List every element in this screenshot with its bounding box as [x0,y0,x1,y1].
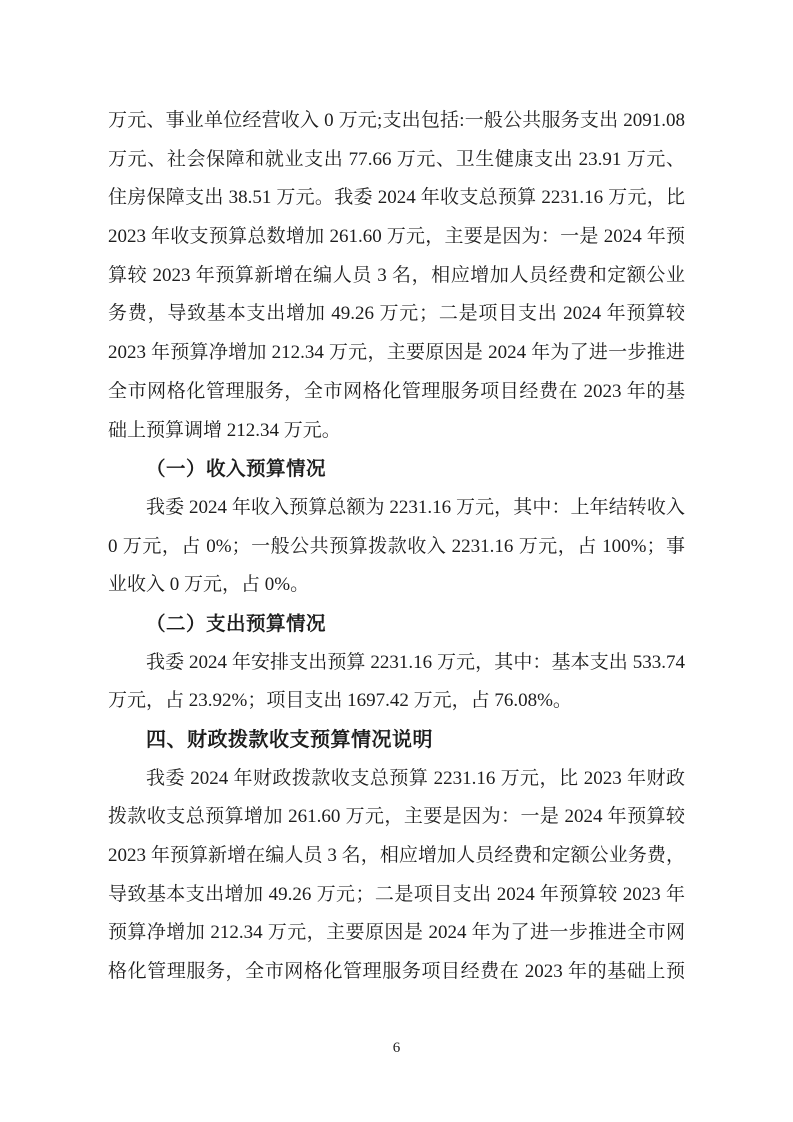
heading-income-budget: （一）收入预算情况 [108,450,685,489]
text-line: 住房保障支出 38.51 万元。我委 2024 年收支总预算 2231.16 万… [108,179,685,218]
text-line: 我委 2024 年安排支出预算 2231.16 万元，其中：基本支出 533.7… [108,644,685,683]
text-line: 万元，占 23.92%；项目支出 1697.42 万元，占 76.08%。 [108,682,685,721]
text-line: 2023 年预算净增加 212.34 万元，主要原因是 2024 年为了进一步推… [108,334,685,373]
text-line: 务费，导致基本支出增加 49.26 万元；二是项目支出 2024 年预算较 [108,295,685,334]
paragraph-fiscal-appropriation: 我委 2024 年财政拨款收支总预算 2231.16 万元，比 2023 年财政… [108,760,685,992]
paragraph-income-budget: 我委 2024 年收入预算总额为 2231.16 万元，其中：上年结转收入0 万… [108,489,685,605]
text-line: 2023 年预算新增在编人员 3 名，相应增加人员经费和定额公业务费， [108,837,685,876]
heading-fiscal-appropriation-section: 四、财政拨款收支预算情况说明 [108,721,685,760]
text-line: 础上预算调增 212.34 万元。 [108,412,685,451]
heading-line: （二）支出预算情况 [108,605,685,644]
text-line: 拨款收支总预算增加 261.60 万元，主要是因为：一是 2024 年预算较 [108,798,685,837]
paragraph-expenditure-budget: 我委 2024 年安排支出预算 2231.16 万元，其中：基本支出 533.7… [108,644,685,721]
text-line: 算较 2023 年预算新增在编人员 3 名，相应增加人员经费和定额公业 [108,257,685,296]
heading-line: （一）收入预算情况 [108,450,685,489]
text-line: 格化管理服务，全市网格化管理服务项目经费在 2023 年的基础上预 [108,953,685,992]
text-line: 导致基本支出增加 49.26 万元；二是项目支出 2024 年预算较 2023 … [108,876,685,915]
text-line: 万元、事业单位经营收入 0 万元;支出包括:一般公共服务支出 2091.08 [108,102,685,141]
heading-expenditure-budget: （二）支出预算情况 [108,605,685,644]
text-line: 全市网格化管理服务，全市网格化管理服务项目经费在 2023 年的基 [108,373,685,412]
text-line: 业收入 0 万元，占 0%。 [108,566,685,605]
document-page: 万元、事业单位经营收入 0 万元;支出包括:一般公共服务支出 2091.08万元… [0,0,793,1122]
heading-line: 四、财政拨款收支预算情况说明 [108,721,685,760]
paragraph-budget-overview-continued: 万元、事业单位经营收入 0 万元;支出包括:一般公共服务支出 2091.08万元… [108,102,685,450]
text-line: 我委 2024 年财政拨款收支总预算 2231.16 万元，比 2023 年财政 [108,760,685,799]
text-line: 预算净增加 212.34 万元，主要原因是 2024 年为了进一步推进全市网 [108,914,685,953]
text-line: 万元、社会保障和就业支出 77.66 万元、卫生健康支出 23.91 万元、 [108,141,685,180]
document-content: 万元、事业单位经营收入 0 万元;支出包括:一般公共服务支出 2091.08万元… [108,102,685,992]
text-line: 2023 年收支预算总数增加 261.60 万元，主要是因为：一是 2024 年… [108,218,685,257]
page-number: 6 [0,1036,793,1060]
text-line: 我委 2024 年收入预算总额为 2231.16 万元，其中：上年结转收入 [108,489,685,528]
text-line: 0 万元，占 0%；一般公共预算拨款收入 2231.16 万元，占 100%；事 [108,528,685,567]
